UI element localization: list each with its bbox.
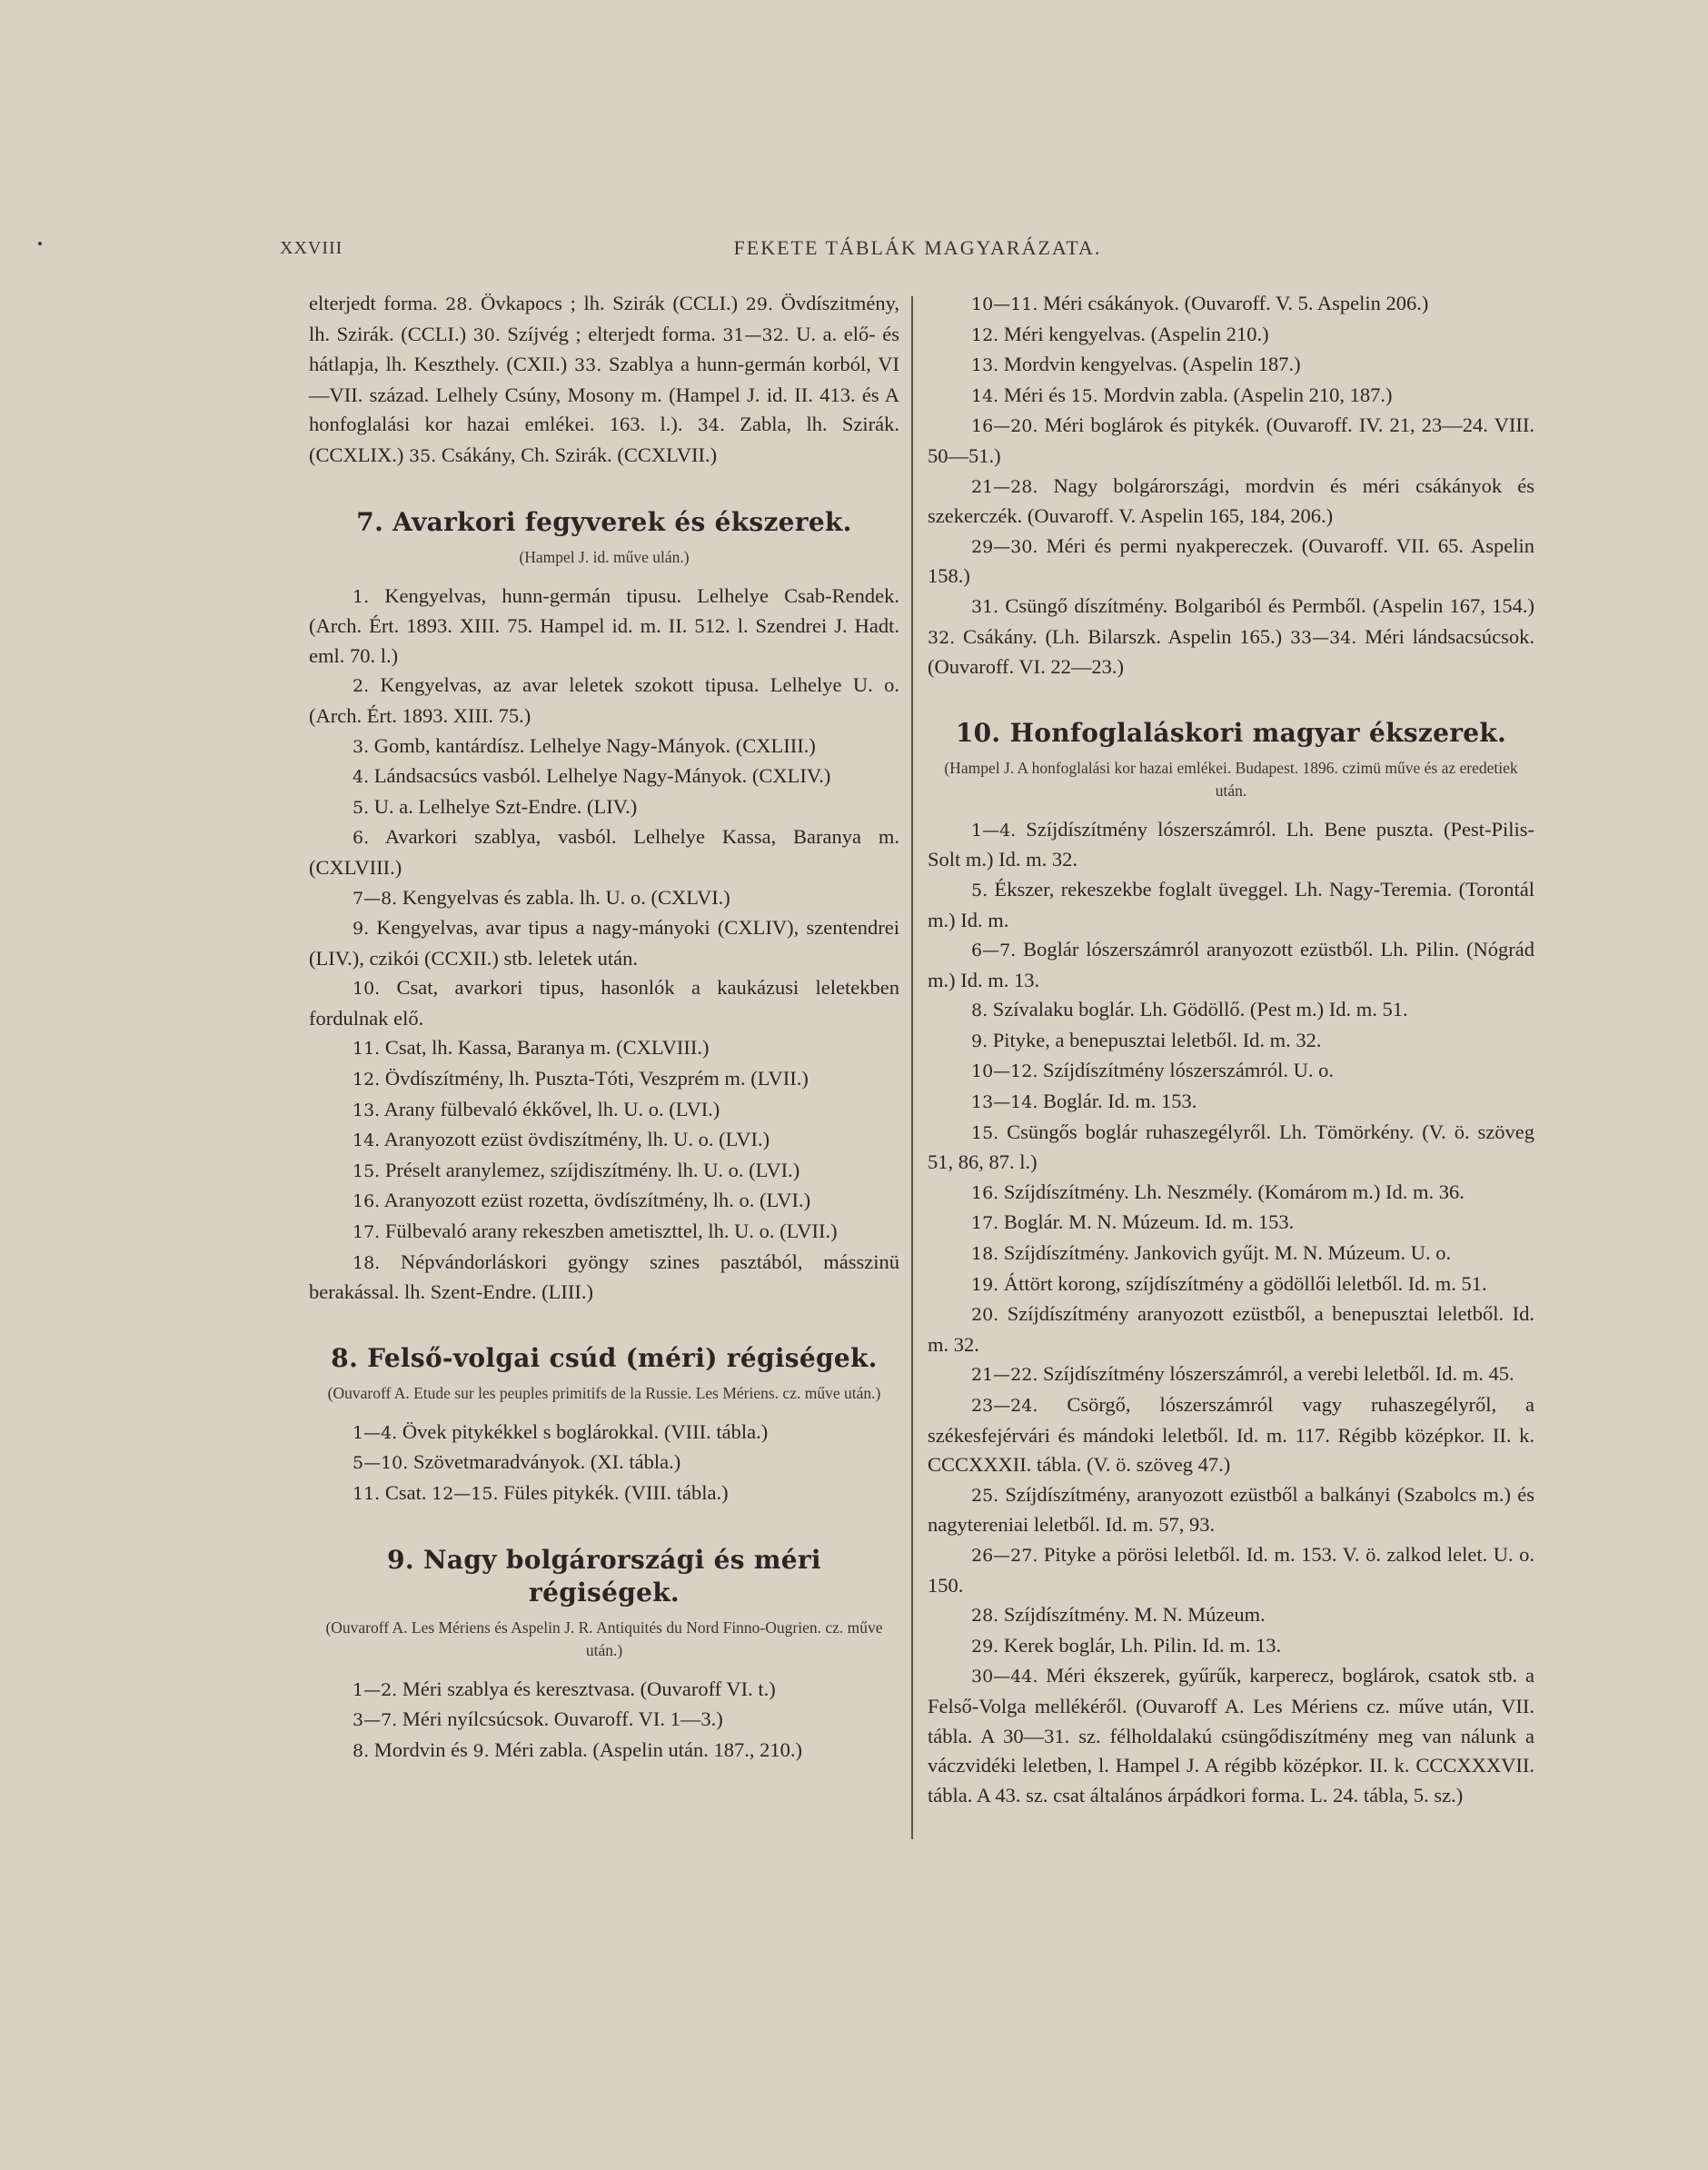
list-item: 3—7. Méri nyílcsúcsok. Ouvaroff. VI. 1—3… (309, 1705, 899, 1736)
item-number: 35. (409, 446, 436, 466)
list-item: 29. Kerek boglár, Lh. Pilin. Id. m. 13. (928, 1631, 1534, 1662)
list-item: 14. Méri és 15. Mordvin zabla. (Aspelin … (928, 381, 1534, 412)
list-item: 6—7. Boglár lószerszámról aranyozott ezü… (928, 935, 1534, 995)
list-item: 10. Csat, avarkori tipus, hasonlók a kau… (309, 973, 899, 1033)
list-item: 1—4. Szíjdíszítmény lószerszámról. Lh. B… (928, 815, 1534, 875)
item-number: 31—32. (722, 325, 789, 345)
section-10-entries: 1—4. Szíjdíszítmény lószerszámról. Lh. B… (928, 815, 1534, 1811)
list-item: 21—28. Nagy bolgárországi, mordvin és mé… (928, 472, 1534, 532)
list-item: 26—27. Pityke a pörösi leletből. Id. m. … (928, 1540, 1534, 1600)
list-item: 16. Aranyozott ezüst rozetta, övdíszítmé… (309, 1186, 899, 1217)
list-item: 18. Népvándorláskori gyöngy szines paszt… (309, 1248, 899, 1308)
continuation-paragraph: elterjedt forma. 28. Övkapocs ; lh. Szir… (309, 289, 899, 472)
list-item: 18. Szíjdíszítmény. Jankovich gyűjt. M. … (928, 1239, 1534, 1269)
list-item: 21—22. Szíjdíszítmény lószerszámról, a v… (928, 1359, 1534, 1390)
item-number: 30. (473, 325, 501, 345)
item-number: 28. (445, 294, 472, 314)
list-item: 4. Lándsacsúcs vasból. Lelhelye Nagy-Mán… (309, 761, 899, 792)
list-item: 5. U. a. Lelhelye Szt-Endre. (LIV.) (309, 792, 899, 823)
section-7-entries: 1. Kengyelvas, hunn-germán tipusu. Lelhe… (309, 582, 899, 1308)
section-heading: 10. Honfoglaláskori magyar ékszerek. (928, 717, 1534, 750)
section-source: (Hampel J. id. műve ulán.) (309, 546, 899, 569)
list-item: 25. Szíjdíszítmény, aranyozott ezüstből … (928, 1480, 1534, 1540)
list-item: 8. Szívalaku boglár. Lh. Gödöllő. (Pest … (928, 995, 1534, 1026)
list-item: 15. Préselt aranylemez, szíjdiszítmény. … (309, 1156, 899, 1187)
item-number: 33. (574, 355, 601, 375)
list-item: 11. Csat. 12—15. Füles pitykék. (VIII. t… (309, 1478, 899, 1509)
list-item: 9. Kengyelvas, avar tipus a nagy-mányoki… (309, 913, 899, 973)
list-item: 13. Mordvin kengyelvas. (Aspelin 187.) (928, 350, 1534, 381)
list-item: 1. Kengyelvas, hunn-germán tipusu. Lelhe… (309, 582, 899, 672)
item-number: 34. (698, 415, 725, 435)
left-column: elterjedt forma. 28. Övkapocs ; lh. Szir… (309, 289, 899, 1766)
list-item: 12. Méri kengyelvas. (Aspelin 210.) (928, 320, 1534, 351)
list-item: 1—2. Méri szablya és keresztvasa. (Ouvar… (309, 1675, 899, 1706)
list-item: 10—12. Szíjdíszítmény lószerszámról. U. … (928, 1056, 1534, 1087)
list-item: 5. Ékszer, rekeszekbe foglalt üveggel. L… (928, 875, 1534, 935)
list-item: 12. Övdíszítmény, lh. Puszta-Tóti, Veszp… (309, 1064, 899, 1095)
list-item: 15. Csüngős boglár ruhaszegélyről. Lh. T… (928, 1118, 1534, 1178)
section-heading: 8. Felső-volgai csúd (méri) régiségek. (309, 1342, 899, 1375)
list-item: 31. Csüngő díszítmény. Bolgariból és Per… (928, 592, 1534, 682)
list-item: 17. Fülbevaló arany rekeszben ametisztte… (309, 1217, 899, 1248)
list-item: 5—10. Szövetmaradványok. (XI. tábla.) (309, 1448, 899, 1478)
list-item: 29—30. Méri és permi nyakpereczek. (Ouva… (928, 532, 1534, 592)
list-item: 2. Kengyelvas, az avar leletek szokott t… (309, 671, 899, 731)
section-source: (Ouvaroff A. Etude sur les peuples primi… (309, 1382, 899, 1405)
list-item: 14. Aranyozott ezüst övdiszítmény, lh. U… (309, 1125, 899, 1156)
list-item: 16. Szíjdíszítmény. Lh. Neszmély. (Komár… (928, 1178, 1534, 1209)
list-item: 9. Pityke, a benepusztai leletből. Id. m… (928, 1026, 1534, 1057)
list-item: 23—24. Csörgő, lószerszámról vagy ruhasz… (928, 1390, 1534, 1480)
list-item: 7—8. Kengyelvas és zabla. lh. U. o. (CXL… (309, 883, 899, 914)
column-divider (911, 296, 913, 1839)
list-item: 3. Gomb, kantárdísz. Lelhelye Nagy-Mányo… (309, 732, 899, 762)
list-item: 8. Mordvin és 9. Méri zabla. (Aspelin ut… (309, 1736, 899, 1767)
list-item: 10—11. Méri csákányok. (Ouvaroff. V. 5. … (928, 289, 1534, 320)
right-column: 10—11. Méri csákányok. (Ouvaroff. V. 5. … (928, 289, 1534, 1810)
list-item: 30—44. Méri ékszerek, gyűrűk, karperecz,… (928, 1661, 1534, 1810)
list-item: 16—20. Méri boglárok és pitykék. (Ouvaro… (928, 411, 1534, 471)
list-item: 13—14. Boglár. Id. m. 153. (928, 1087, 1534, 1118)
section-source: (Hampel J. A honfoglalási kor hazai emlé… (928, 757, 1534, 802)
list-item: 13. Arany fülbevaló ékkővel, lh. U. o. (… (309, 1095, 899, 1126)
list-item: 11. Csat, lh. Kassa, Baranya m. (CXLVIII… (309, 1033, 899, 1064)
list-item: 28. Szíjdíszítmény. M. N. Múzeum. (928, 1600, 1534, 1631)
list-item: 19. Áttört korong, szíjdíszítmény a gödö… (928, 1269, 1534, 1300)
list-item: 17. Boglár. M. N. Múzeum. Id. m. 153. (928, 1208, 1534, 1239)
item-number: 29. (746, 294, 773, 314)
section-9-entries: 1—2. Méri szablya és keresztvasa. (Ouvar… (309, 1675, 899, 1767)
section-heading: 9. Nagy bolgárországi és méri régiségek. (309, 1544, 899, 1609)
section-8-entries: 1—4. Övek pitykékkel s boglárokkal. (VII… (309, 1418, 899, 1509)
running-title: FEKETE TÁBLÁK MAGYARÁZATA. (0, 236, 1708, 260)
list-item: 20. Szíjdíszítmény aranyozott ezüstből, … (928, 1299, 1534, 1359)
section-source: (Ouvaroff A. Les Mériens és Aspelin J. R… (309, 1617, 899, 1662)
list-item: 1—4. Övek pitykékkel s boglárokkal. (VII… (309, 1418, 899, 1448)
section-9-continuation: 10—11. Méri csákányok. (Ouvaroff. V. 5. … (928, 289, 1534, 682)
section-heading: 7. Avarkori fegyverek és ékszerek. (309, 506, 899, 539)
list-item: 6. Avarkori szablya, vasból. Lelhelye Ka… (309, 822, 899, 882)
